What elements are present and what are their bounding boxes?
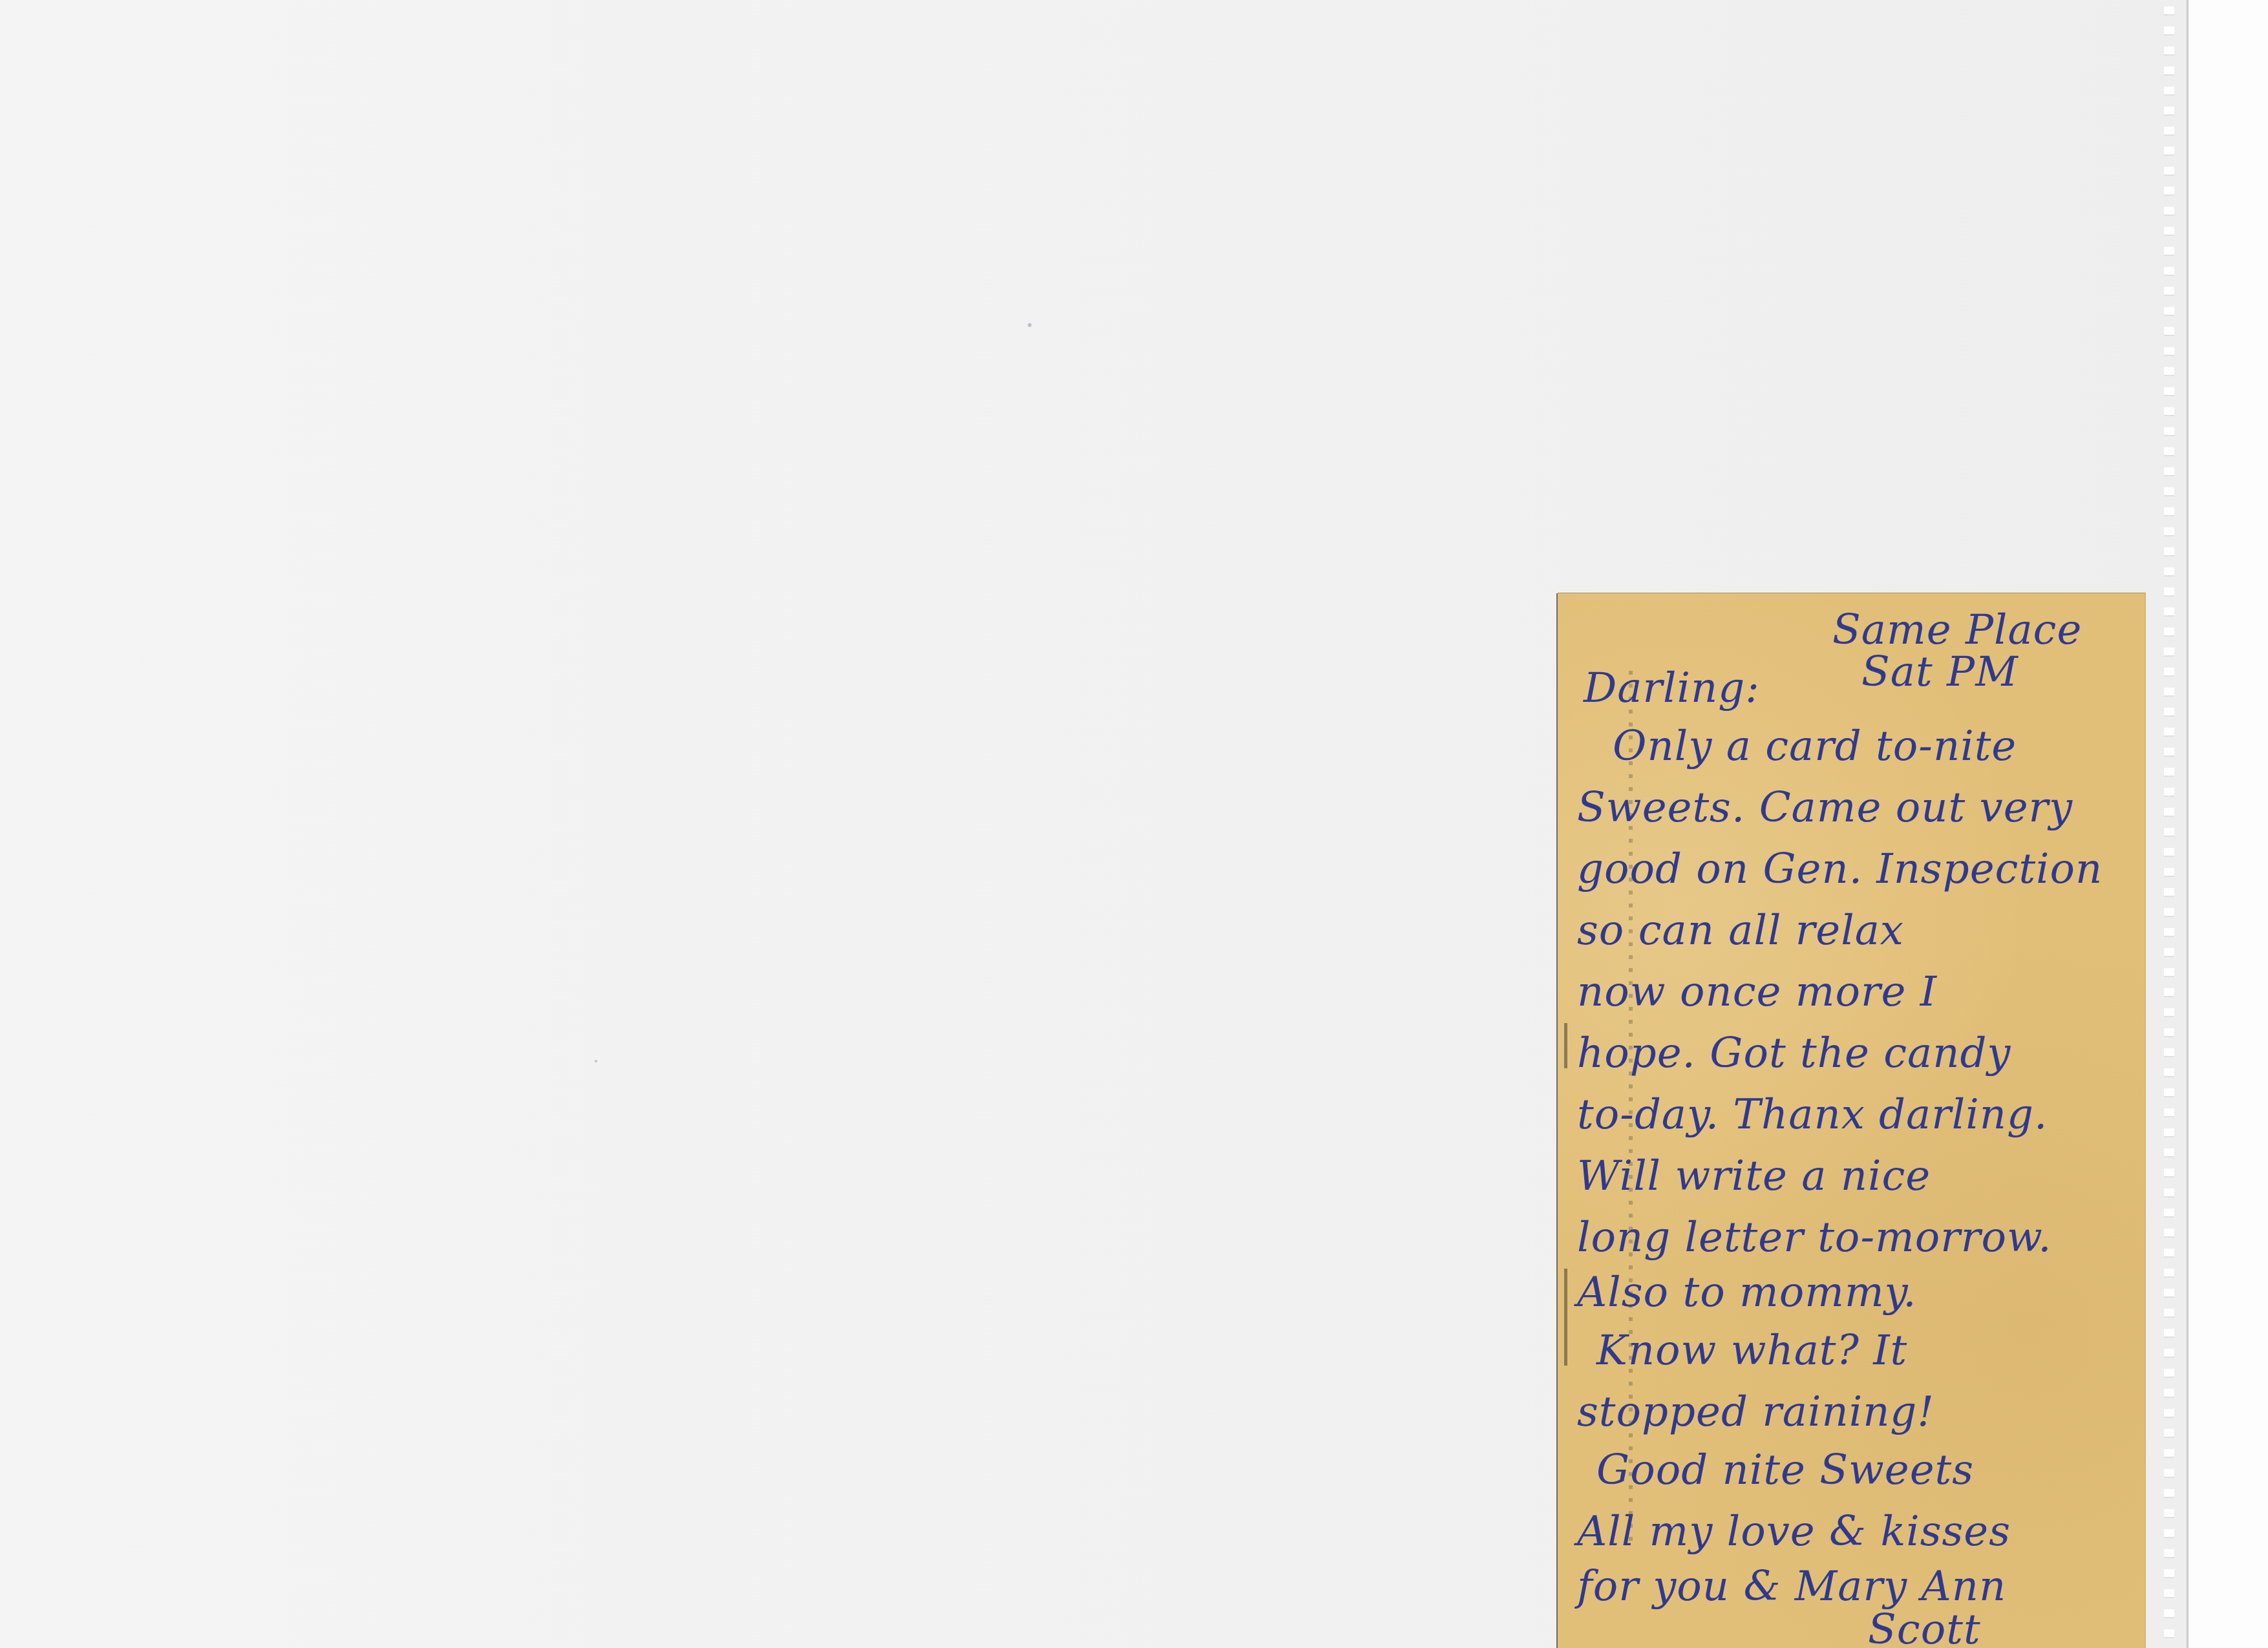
heading-time: Sat PM bbox=[1861, 651, 2019, 693]
sleeve-stitching bbox=[2164, 0, 2174, 1648]
dust-speck bbox=[595, 1060, 597, 1062]
dust-speck bbox=[1028, 323, 1032, 327]
postcard: Same Place Sat PM Darling: Only a card t… bbox=[1558, 593, 2146, 1648]
signature: Scott bbox=[1868, 1609, 1981, 1648]
body-line: hope. Got the candy bbox=[1577, 1033, 2011, 1074]
body-line: long letter to-morrow. bbox=[1577, 1217, 2051, 1258]
body-line: to-day. Thanx darling. bbox=[1577, 1094, 2048, 1136]
body-line: Also to mommy. bbox=[1577, 1272, 1917, 1313]
body-line: Only a card to-nite bbox=[1613, 726, 2017, 767]
body-line: Good nite Sweets bbox=[1596, 1450, 1974, 1491]
body-line: for you & Mary Ann bbox=[1577, 1566, 2006, 1607]
body-line: Sweets. Came out very bbox=[1577, 787, 2073, 829]
body-line: Know what? It bbox=[1596, 1330, 1907, 1371]
body-line: so can all relax bbox=[1577, 910, 1904, 951]
postmark-mark bbox=[1564, 1023, 1567, 1068]
body-line: Will write a nice bbox=[1577, 1156, 1931, 1197]
body-line: All my love & kisses bbox=[1577, 1511, 2011, 1552]
salutation: Darling: bbox=[1584, 668, 1760, 709]
body-line: good on Gen. Inspection bbox=[1577, 849, 2103, 890]
sleeve-edge bbox=[2187, 0, 2189, 1648]
body-line: stopped raining! bbox=[1577, 1391, 1934, 1433]
heading-place: Same Place bbox=[1832, 609, 2082, 651]
postmark-mark bbox=[1564, 1269, 1567, 1366]
body-line: now once more I bbox=[1577, 971, 1937, 1013]
